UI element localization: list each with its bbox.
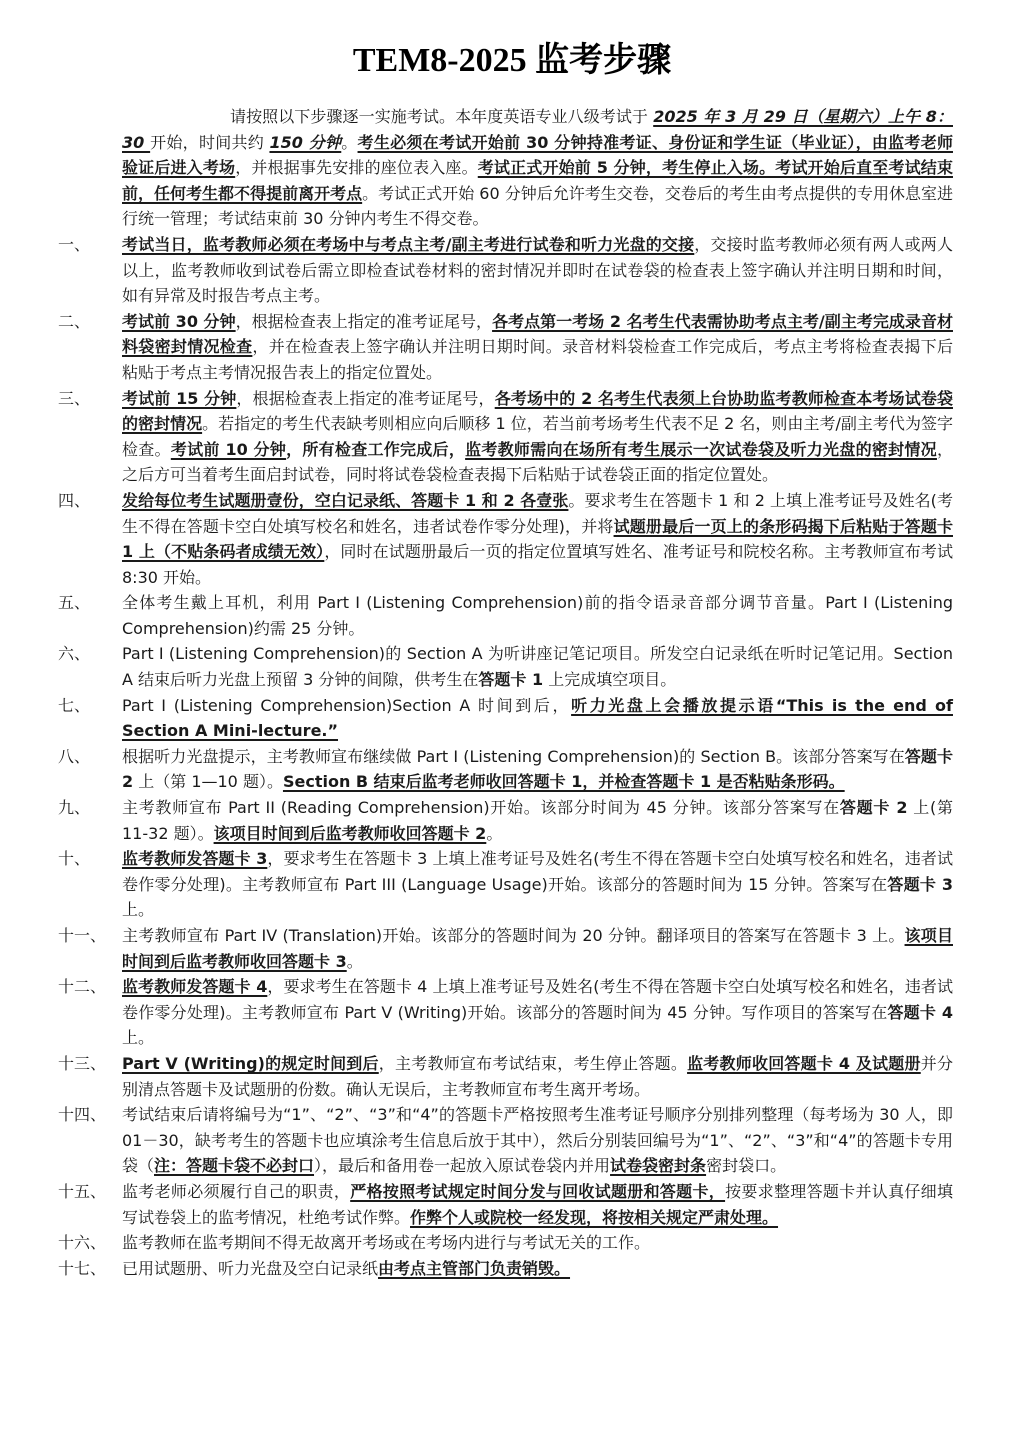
step-text: 根据听力光盘提示，主考教师宣布继续做 Part I (Listening Com… [122,744,953,795]
step-text: 全体考生戴上耳机，利用 Part I (Listening Comprehens… [122,590,953,641]
step-item: 十二、监考教师发答题卡 4，要求考生在答题卡 4 上填上准考证号及姓名(考生不得… [58,974,953,1051]
emphasized-text: 150 分钟 [269,133,341,152]
text-segment: 答题卡 2 [840,798,908,817]
step-item: 二、考试前 30 分钟，根据检查表上指定的准考证尾号，各考点第一考场 2 名考生… [58,309,953,386]
step-text: 考试结束后请将编号为“1”、“2”、“3”和“4”的答题卡严格按照考生准考证号顺… [122,1102,953,1179]
emphasized-text: Section B 结束后监考老师收回答题卡 1，并检查答题卡 1 是否粘贴条形… [283,772,845,791]
emphasized-text: 严格按照考试规定时间分发与回收试题册和答题卡， [350,1182,725,1201]
step-number: 二、 [58,309,122,386]
step-item: 七、Part I (Listening Comprehension)Sectio… [58,693,953,744]
step-item: 十六、监考教师在监考期间不得无故离开考场或在考场内进行与考试无关的工作。 [58,1230,953,1256]
text-segment: 答题卡 3 [887,875,953,894]
text-segment: 。 [347,952,363,971]
step-number: 十一、 [58,923,122,974]
emphasized-text: 监考教师需向在场所有考生展示一次试卷袋及听力光盘的密封情况 [465,440,937,459]
text-segment: 已用试题册、听力光盘及空白记录纸 [122,1259,378,1278]
emphasized-text: 该项目时间到后监考教师收回答题卡 2 [214,824,487,843]
step-text: 主考教师宣布 Part II (Reading Comprehension)开始… [122,795,953,846]
emphasized-text: 作弊个人或院校一经发现，将按相关规定严肃处理。 [410,1208,778,1227]
step-item: 十一、主考教师宣布 Part IV (Translation)开始。该部分的答题… [58,923,953,974]
emphasized-text: 考试前 30 分钟 [122,312,236,331]
emphasized-text: 考试当日，监考教师必须在考场中与考点主考/副主考进行试卷和听力光盘的交接 [122,235,694,254]
step-text: 监考教师在监考期间不得无故离开考场或在考场内进行与考试无关的工作。 [122,1230,953,1256]
step-text: 监考教师发答题卡 3，要求考生在答题卡 3 上填上准考证号及姓名(考生不得在答题… [122,846,953,923]
text-segment: 。 [486,824,502,843]
step-item: 十、监考教师发答题卡 3，要求考生在答题卡 3 上填上准考证号及姓名(考生不得在… [58,846,953,923]
step-text: Part V (Writing)的规定时间到后，主考教师宣布考试结束，考生停止答… [122,1051,953,1102]
text-segment: 答题卡 4 [887,1003,953,1022]
step-number: 四、 [58,488,122,590]
step-item: 一、考试当日，监考教师必须在考场中与考点主考/副主考进行试卷和听力光盘的交接，交… [58,232,953,309]
step-number: 五、 [58,590,122,641]
text-segment: 请按照以下步骤逐一实施考试。本年度英语专业八级考试于 [230,107,653,126]
text-segment: ，根据检查表上指定的准考证尾号， [236,389,494,408]
text-segment: ，根据检查表上指定的准考证尾号， [236,312,492,331]
text-segment: ，所有检查工作完成后， [286,440,465,459]
text-segment: Part I (Listening Comprehension)Section … [122,696,571,715]
steps-list: 一、考试当日，监考教师必须在考场中与考点主考/副主考进行试卷和听力光盘的交接，交… [58,232,953,1281]
step-number: 十、 [58,846,122,923]
text-segment: 答题卡 1 [478,670,543,689]
document-title: TEM8-2025 监考步骤 [0,32,1024,81]
step-item: 十七、已用试题册、听力光盘及空白记录纸由考点主管部门负责销毁。 [58,1256,953,1282]
step-item: 十五、监考老师必须履行自己的职责，严格按照考试规定时间分发与回收试题册和答题卡，… [58,1179,953,1230]
step-text: 考试前 30 分钟，根据检查表上指定的准考证尾号，各考点第一考场 2 名考生代表… [122,309,953,386]
step-text: 监考老师必须履行自己的职责，严格按照考试规定时间分发与回收试题册和答题卡，按要求… [122,1179,953,1230]
emphasized-text: 监考教师发答题卡 3 [122,849,267,868]
intro-paragraph: 请按照以下步骤逐一实施考试。本年度英语专业八级考试于 2025 年 3 月 29… [58,104,953,232]
text-segment: 开始，时间共约 [150,133,269,152]
text-segment: ，主考教师宣布考试结束，考生停止答题。 [379,1054,687,1073]
step-number: 十七、 [58,1256,122,1282]
step-item: 六、Part I (Listening Comprehension)的 Sect… [58,641,953,692]
step-number: 十五、 [58,1179,122,1230]
step-number: 七、 [58,693,122,744]
text-segment: 上（第 1—10 题）。 [133,772,283,791]
emphasized-text: 发给每位考生试题册壹份，空白记录纸、答题卡 1 和 2 各壹张 [122,491,568,510]
step-item: 九、主考教师宣布 Part II (Reading Comprehension)… [58,795,953,846]
text-segment: 密封袋口。 [706,1156,786,1175]
text-segment: 主考教师宣布 Part II (Reading Comprehension)开始… [122,798,840,817]
step-number: 十六、 [58,1230,122,1256]
step-number: 八、 [58,744,122,795]
step-text: 发给每位考生试题册壹份，空白记录纸、答题卡 1 和 2 各壹张。要求考生在答题卡… [122,488,953,590]
emphasized-text: 考试前 10 分钟 [171,440,286,459]
emphasized-text: 监考教师发答题卡 4 [122,977,267,996]
step-item: 五、全体考生戴上耳机，利用 Part I (Listening Comprehe… [58,590,953,641]
text-segment: 根据听力光盘提示，主考教师宣布继续做 Part I (Listening Com… [122,747,905,766]
step-item: 三、考试前 15 分钟，根据检查表上指定的准考证尾号，各考场中的 2 名考生代表… [58,386,953,488]
text-segment: 上完成填空项目。 [543,670,676,689]
text-segment: 上。 [122,900,154,919]
step-item: 四、发给每位考生试题册壹份，空白记录纸、答题卡 1 和 2 各壹张。要求考生在答… [58,488,953,590]
step-item: 十三、Part V (Writing)的规定时间到后，主考教师宣布考试结束，考生… [58,1051,953,1102]
text-segment: 主考教师宣布 Part IV (Translation)开始。该部分的答题时间为… [122,926,905,945]
step-item: 十四、考试结束后请将编号为“1”、“2”、“3”和“4”的答题卡严格按照考生准考… [58,1102,953,1179]
step-text: Part I (Listening Comprehension)的 Sectio… [122,641,953,692]
step-text: 考试前 15 分钟，根据检查表上指定的准考证尾号，各考场中的 2 名考生代表须上… [122,386,953,488]
text-segment: ，并根据事先安排的座位表入座。 [235,158,478,177]
emphasized-text: 注：答题卡袋不必封口 [154,1156,314,1175]
step-number: 六、 [58,641,122,692]
step-text: Part I (Listening Comprehension)Section … [122,693,953,744]
step-text: 监考教师发答题卡 4，要求考生在答题卡 4 上填上准考证号及姓名(考生不得在答题… [122,974,953,1051]
text-segment: 全体考生戴上耳机，利用 Part I (Listening Comprehens… [122,593,953,638]
text-segment: 。 [341,133,357,152]
document-body: 请按照以下步骤逐一实施考试。本年度英语专业八级考试于 2025 年 3 月 29… [58,104,953,1281]
step-number: 十二、 [58,974,122,1051]
emphasized-text: 考试前 15 分钟 [122,389,236,408]
text-segment: 监考老师必须履行自己的职责， [122,1182,350,1201]
step-number: 十四、 [58,1102,122,1179]
step-number: 一、 [58,232,122,309]
emphasized-text: 由考点主管部门负责销毁。 [378,1259,570,1278]
step-number: 九、 [58,795,122,846]
emphasized-text: 监考教师收回答题卡 4 及试题册 [687,1054,921,1073]
text-segment: 上。 [122,1028,154,1047]
emphasized-text: Part V (Writing)的规定时间到后 [122,1054,379,1073]
emphasized-text: 试卷袋密封条 [610,1156,706,1175]
step-text: 已用试题册、听力光盘及空白记录纸由考点主管部门负责销毁。 [122,1256,953,1282]
text-segment: 监考教师在监考期间不得无故离开考场或在考场内进行与考试无关的工作。 [122,1233,650,1252]
step-item: 八、根据听力光盘提示，主考教师宣布继续做 Part I (Listening C… [58,744,953,795]
step-number: 十三、 [58,1051,122,1102]
text-segment: ），最后和备用卷一起放入原试卷袋内并用 [314,1156,610,1175]
step-text: 主考教师宣布 Part IV (Translation)开始。该部分的答题时间为… [122,923,953,974]
step-text: 考试当日，监考教师必须在考场中与考点主考/副主考进行试卷和听力光盘的交接，交接时… [122,232,953,309]
step-number: 三、 [58,386,122,488]
